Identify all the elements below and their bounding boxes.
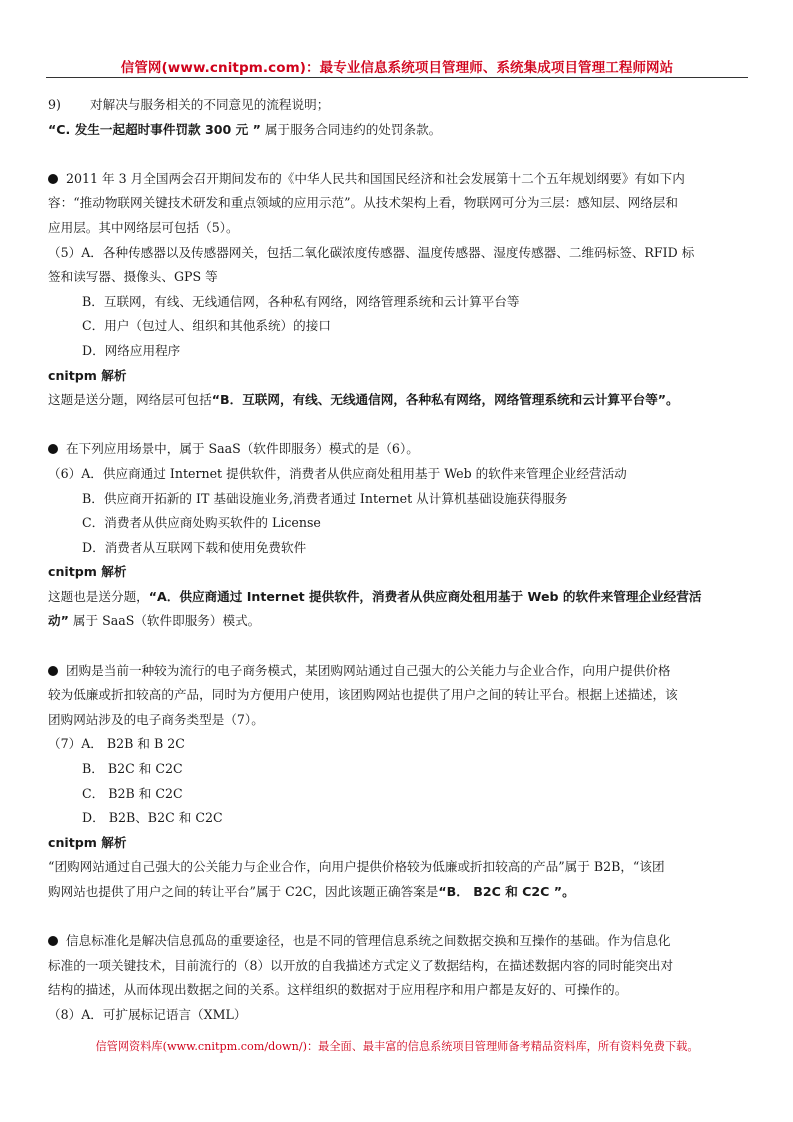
option-c: C．消费者从供应商处购买软件的 License	[48, 511, 748, 536]
prev-answer: “C. 发生一起超时事件罚款 300 元 ” 属于服务合同违约的处罚条款。	[48, 118, 748, 143]
page-header-title: 信管网(www.cnitpm.com)：最专业信息系统项目管理师、系统集成项目管…	[46, 56, 748, 76]
analysis-text-cont: 购网站也提供了用户之间的转让平台”属于 C2C，因此该题正确答案是“B． B2C…	[48, 880, 748, 905]
option-a: （6）A．供应商通过 Internet 提供软件，消费者从供应商处租用基于 We…	[48, 462, 748, 487]
question-stem-line: 团购网站涉及的电子商务类型是（7）。	[48, 708, 748, 733]
question-stem-line: 较为低廉或折扣较高的产品，同时为方便用户使用，该团购网站也提供了用户之间的转让平…	[48, 683, 748, 708]
document-body: 9)对解决与服务相关的不同意见的流程说明； “C. 发生一起超时事件罚款 300…	[48, 93, 748, 1028]
analysis-answer: “B． B2C 和 C2C ”。	[438, 884, 574, 899]
answer-text: 属于服务合同违约的处罚条款。	[261, 122, 441, 137]
question-8: 信息标准化是解决信息孤岛的重要途径，也是不同的管理信息系统之间数据交换和互操作的…	[48, 929, 748, 1027]
option-a: （5）A．各种传感器以及传感器网关，包括二氧化碳浓度传感器、温度传感器、湿度传感…	[48, 241, 748, 266]
item-number: 9)	[48, 93, 90, 118]
option-b: B．供应商开拓新的 IT 基础设施业务,消费者通过 Internet 从计算机基…	[48, 487, 748, 512]
question-stem: 在下列应用场景中，属于 SaaS（软件即服务）模式的是（6）。	[48, 437, 748, 462]
question-stem: 2011 年 3 月全国两会召开期间发布的《中华人民共和国国民经济和社会发展第十…	[48, 167, 748, 192]
option-d: D． B2B、B2C 和 C2C	[48, 806, 748, 831]
option-d: D．网络应用程序	[48, 339, 748, 364]
analysis-text: 这题也是送分题，“A．供应商通过 Internet 提供软件，消费者从供应商处租…	[48, 585, 748, 610]
option-d: D．消费者从互联网下载和使用免费软件	[48, 536, 748, 561]
answer-highlight: “C. 发生一起超时事件罚款 300 元 ”	[48, 122, 261, 137]
option-a: （7）A． B2B 和 B 2C	[48, 732, 748, 757]
question-stem: 信息标准化是解决信息孤岛的重要途径，也是不同的管理信息系统之间数据交换和互操作的…	[48, 929, 748, 954]
question-stem-line: 结构的描述，从而体现出数据之间的关系。这样组织的数据对于应用程序和用户都是友好的…	[48, 978, 748, 1003]
question-stem-line: 容：“推动物联网关键技术研发和重点领域的应用示范”。从技术架构上看，物联网可分为…	[48, 191, 748, 216]
item-text: 对解决与服务相关的不同意见的流程说明；	[90, 97, 329, 112]
option-a: （8）A．可扩展标记语言（XML）	[48, 1003, 748, 1028]
option-c: C． B2B 和 C2C	[48, 782, 748, 807]
question-7: 团购是当前一种较为流行的电子商务模式，某团购网站通过自己强大的公关能力与企业合作…	[48, 659, 748, 905]
question-5: 2011 年 3 月全国两会召开期间发布的《中华人民共和国国民经济和社会发展第十…	[48, 167, 748, 413]
bullet-icon	[48, 444, 58, 454]
bullet-icon	[48, 174, 58, 184]
question-stem: 团购是当前一种较为流行的电子商务模式，某团购网站通过自己强大的公关能力与企业合作…	[48, 659, 748, 684]
analysis-text-cont: 动” 属于 SaaS（软件即服务）模式。	[48, 609, 748, 634]
bullet-icon	[48, 936, 58, 946]
bullet-icon	[48, 666, 58, 676]
analysis-answer: “A．供应商通过 Internet 提供软件，消费者从供应商处租用基于 Web …	[149, 589, 702, 604]
question-6: 在下列应用场景中，属于 SaaS（软件即服务）模式的是（6）。 （6）A．供应商…	[48, 437, 748, 634]
page-footer-link[interactable]: 信管网资料库(www.cnitpm.com/down/)：最全面、最丰富的信息系…	[46, 1038, 748, 1054]
analysis-text: “团购网站通过自己强大的公关能力与企业合作，向用户提供价格较为低廉或折扣较高的产…	[48, 855, 748, 880]
analysis-label: cnitpm 解析	[48, 560, 748, 585]
question-stem-line: 应用层。其中网络层可包括（5）。	[48, 216, 748, 241]
analysis-label: cnitpm 解析	[48, 364, 748, 389]
analysis-answer: “B．互联网，有线、无线通信网，各种私有网络，网络管理系统和云计算平台等”。	[212, 392, 679, 407]
option-c: C．用户（包过人、组织和其他系统）的接口	[48, 314, 748, 339]
question-stem-line: 标准的一项关键技术，目前流行的（8）以开放的自我描述方式定义了数据结构，在描述数…	[48, 954, 748, 979]
analysis-label: cnitpm 解析	[48, 831, 748, 856]
prev-item: 9)对解决与服务相关的不同意见的流程说明；	[48, 93, 748, 118]
option-b: B． B2C 和 C2C	[48, 757, 748, 782]
option-a-cont: 签和读写器、摄像头、GPS 等	[48, 265, 748, 290]
header-divider	[46, 77, 748, 78]
analysis-text: 这题是送分题，网络层可包括“B．互联网，有线、无线通信网，各种私有网络，网络管理…	[48, 388, 748, 413]
option-b: B．互联网，有线、无线通信网，各种私有网络，网络管理系统和云计算平台等	[48, 290, 748, 315]
